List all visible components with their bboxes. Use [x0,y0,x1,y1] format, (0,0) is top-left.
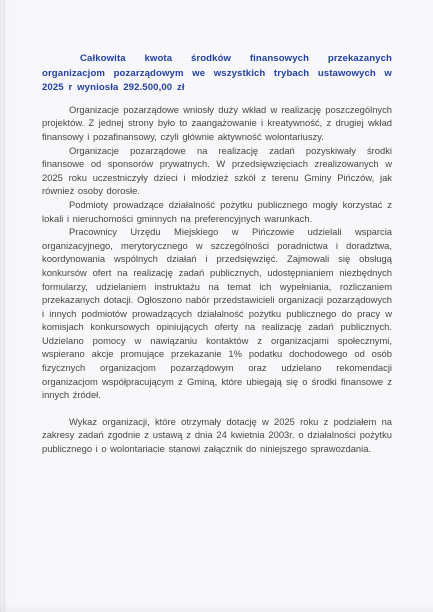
body-paragraph-5: Wykaz organizacji, które otrzymały dotac… [42,415,392,456]
body-paragraph-2: Organizacje pozarządowe na realizację za… [42,144,392,198]
body-paragraph-3: Podmioty prowadzące działalność pożytku … [42,198,392,225]
document-heading: Całkowita kwota środków finansowych prze… [42,52,392,96]
body-paragraph-4: Pracownicy Urzędu Miejskiego w Pińczowie… [42,225,392,402]
scan-edge [4,0,5,612]
document-content: Całkowita kwota środków finansowych prze… [42,52,392,456]
document-page: Całkowita kwota środków finansowych prze… [0,0,433,612]
body-paragraph-1: Organizacje pozarządowe wniosły duży wkł… [42,103,392,144]
